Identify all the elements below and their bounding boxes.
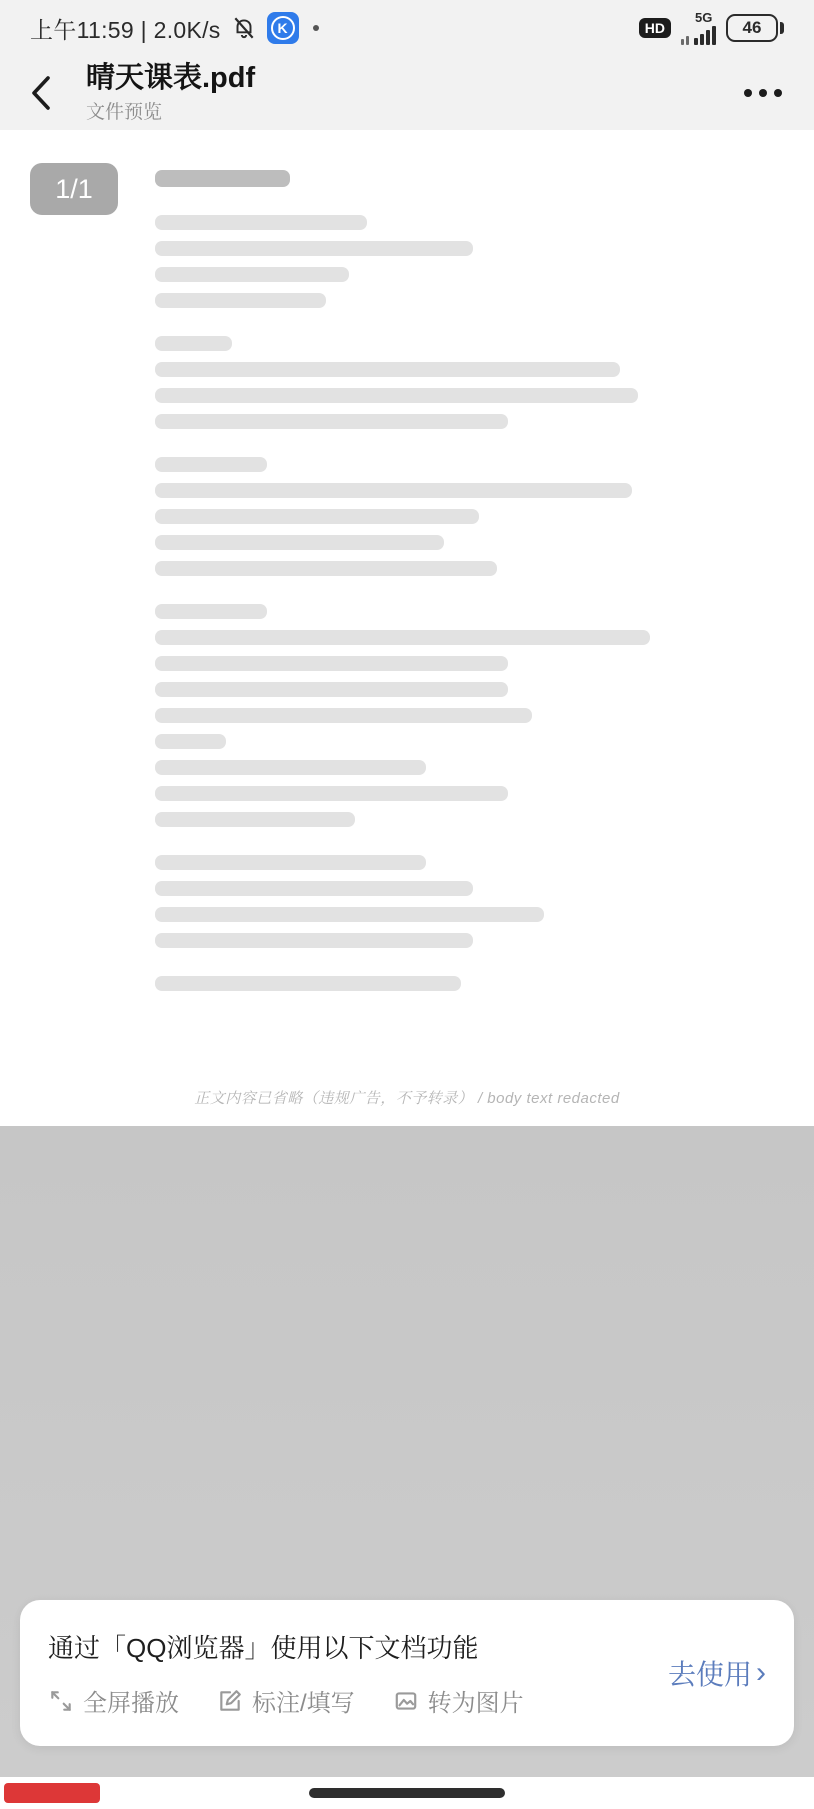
redacted-text-line — [155, 561, 497, 576]
annotate-fill-button[interactable]: 标注/填写 — [217, 1683, 355, 1718]
redacted-text-line — [155, 509, 479, 524]
redacted-text-line — [155, 855, 426, 870]
redacted-text-line — [155, 708, 532, 723]
redacted-watermark — [4, 1783, 100, 1803]
battery-icon: 46 — [726, 14, 784, 42]
redacted-text-line — [155, 604, 267, 619]
fullscreen-icon — [48, 1688, 74, 1714]
doc-body — [155, 170, 744, 1019]
redacted-paragraph — [155, 976, 744, 991]
cellular-signal-icon: 5G — [681, 11, 716, 45]
redacted-text-line — [155, 630, 650, 645]
redacted-text-line — [155, 241, 473, 256]
convert-to-image-button[interactable]: 转为图片 — [393, 1683, 524, 1718]
battery-level: 46 — [726, 14, 778, 42]
redacted-paragraph — [155, 170, 744, 187]
redacted-text-line — [155, 215, 367, 230]
home-indicator-handle[interactable] — [309, 1788, 505, 1798]
redacted-text-line — [155, 786, 508, 801]
redacted-text-line — [155, 293, 326, 308]
redacted-text-line — [155, 535, 444, 550]
app-header: 晴天课表.pdf 文件预览 — [0, 56, 814, 130]
bottom-strip — [0, 1777, 814, 1809]
hd-badge-icon: HD — [639, 18, 671, 38]
redacted-paragraph — [155, 336, 744, 429]
annotate-fill-label: 标注/填写 — [252, 1683, 355, 1718]
redacted-text-line — [155, 457, 267, 472]
redacted-text-line — [155, 388, 638, 403]
qq-browser-promo-card: 通过「QQ浏览器」使用以下文档功能 全屏播放 — [20, 1600, 794, 1746]
promo-heading: 通过「QQ浏览器」使用以下文档功能 — [48, 1628, 656, 1665]
redacted-text-line — [155, 267, 349, 282]
redacted-paragraph — [155, 457, 744, 576]
promo-actions: 全屏播放 标注/填写 — [48, 1683, 656, 1718]
chevron-right-icon: › — [756, 1658, 766, 1688]
status-bar: 上午11:59 | 2.0K/s K HD 5G — [0, 0, 814, 56]
clock-and-speed: 上午11:59 | 2.0K/s — [30, 12, 221, 45]
redacted-text-line — [155, 907, 544, 922]
pdf-page: 1/1 正文内容已省略（违规广告，不予转录） / body text redac… — [0, 130, 814, 1126]
go-use-label: 去使用 — [668, 1653, 752, 1693]
back-button[interactable] — [28, 71, 72, 115]
redacted-text-line — [155, 933, 473, 948]
fullscreen-play-label: 全屏播放 — [83, 1683, 179, 1718]
fullscreen-play-button[interactable]: 全屏播放 — [48, 1683, 179, 1718]
redacted-text-line — [155, 760, 426, 775]
more-options-button[interactable] — [740, 79, 786, 107]
redacted-text-line — [155, 414, 508, 429]
page-number-badge: 1/1 — [30, 163, 118, 215]
redacted-paragraph — [155, 215, 744, 308]
convert-to-image-label: 转为图片 — [428, 1683, 524, 1718]
redaction-note: 正文内容已省略（违规广告，不予转录） / body text redacted — [0, 1087, 814, 1108]
redacted-text-line — [155, 483, 632, 498]
redacted-text-line — [155, 881, 473, 896]
notification-dot-icon — [313, 25, 319, 31]
redacted-paragraph — [155, 855, 744, 948]
k-app-icon: K — [267, 12, 299, 44]
redacted-text-line — [155, 734, 226, 749]
redacted-text-line — [155, 976, 461, 991]
annotate-icon — [217, 1688, 243, 1714]
redacted-text-line — [155, 656, 508, 671]
redacted-text-line — [155, 362, 620, 377]
file-preview-label: 文件预览 — [86, 97, 740, 124]
phone-screen: 上午11:59 | 2.0K/s K HD 5G — [0, 0, 814, 1809]
mute-icon — [231, 15, 257, 41]
redacted-text-line — [155, 336, 232, 351]
file-title: 晴天课表.pdf — [86, 62, 740, 95]
redacted-paragraph — [155, 604, 744, 827]
to-image-icon — [393, 1688, 419, 1714]
redacted-text-line — [155, 170, 290, 187]
redacted-text-line — [155, 812, 355, 827]
go-use-button[interactable]: 去使用 › — [668, 1653, 766, 1693]
redacted-text-line — [155, 682, 508, 697]
